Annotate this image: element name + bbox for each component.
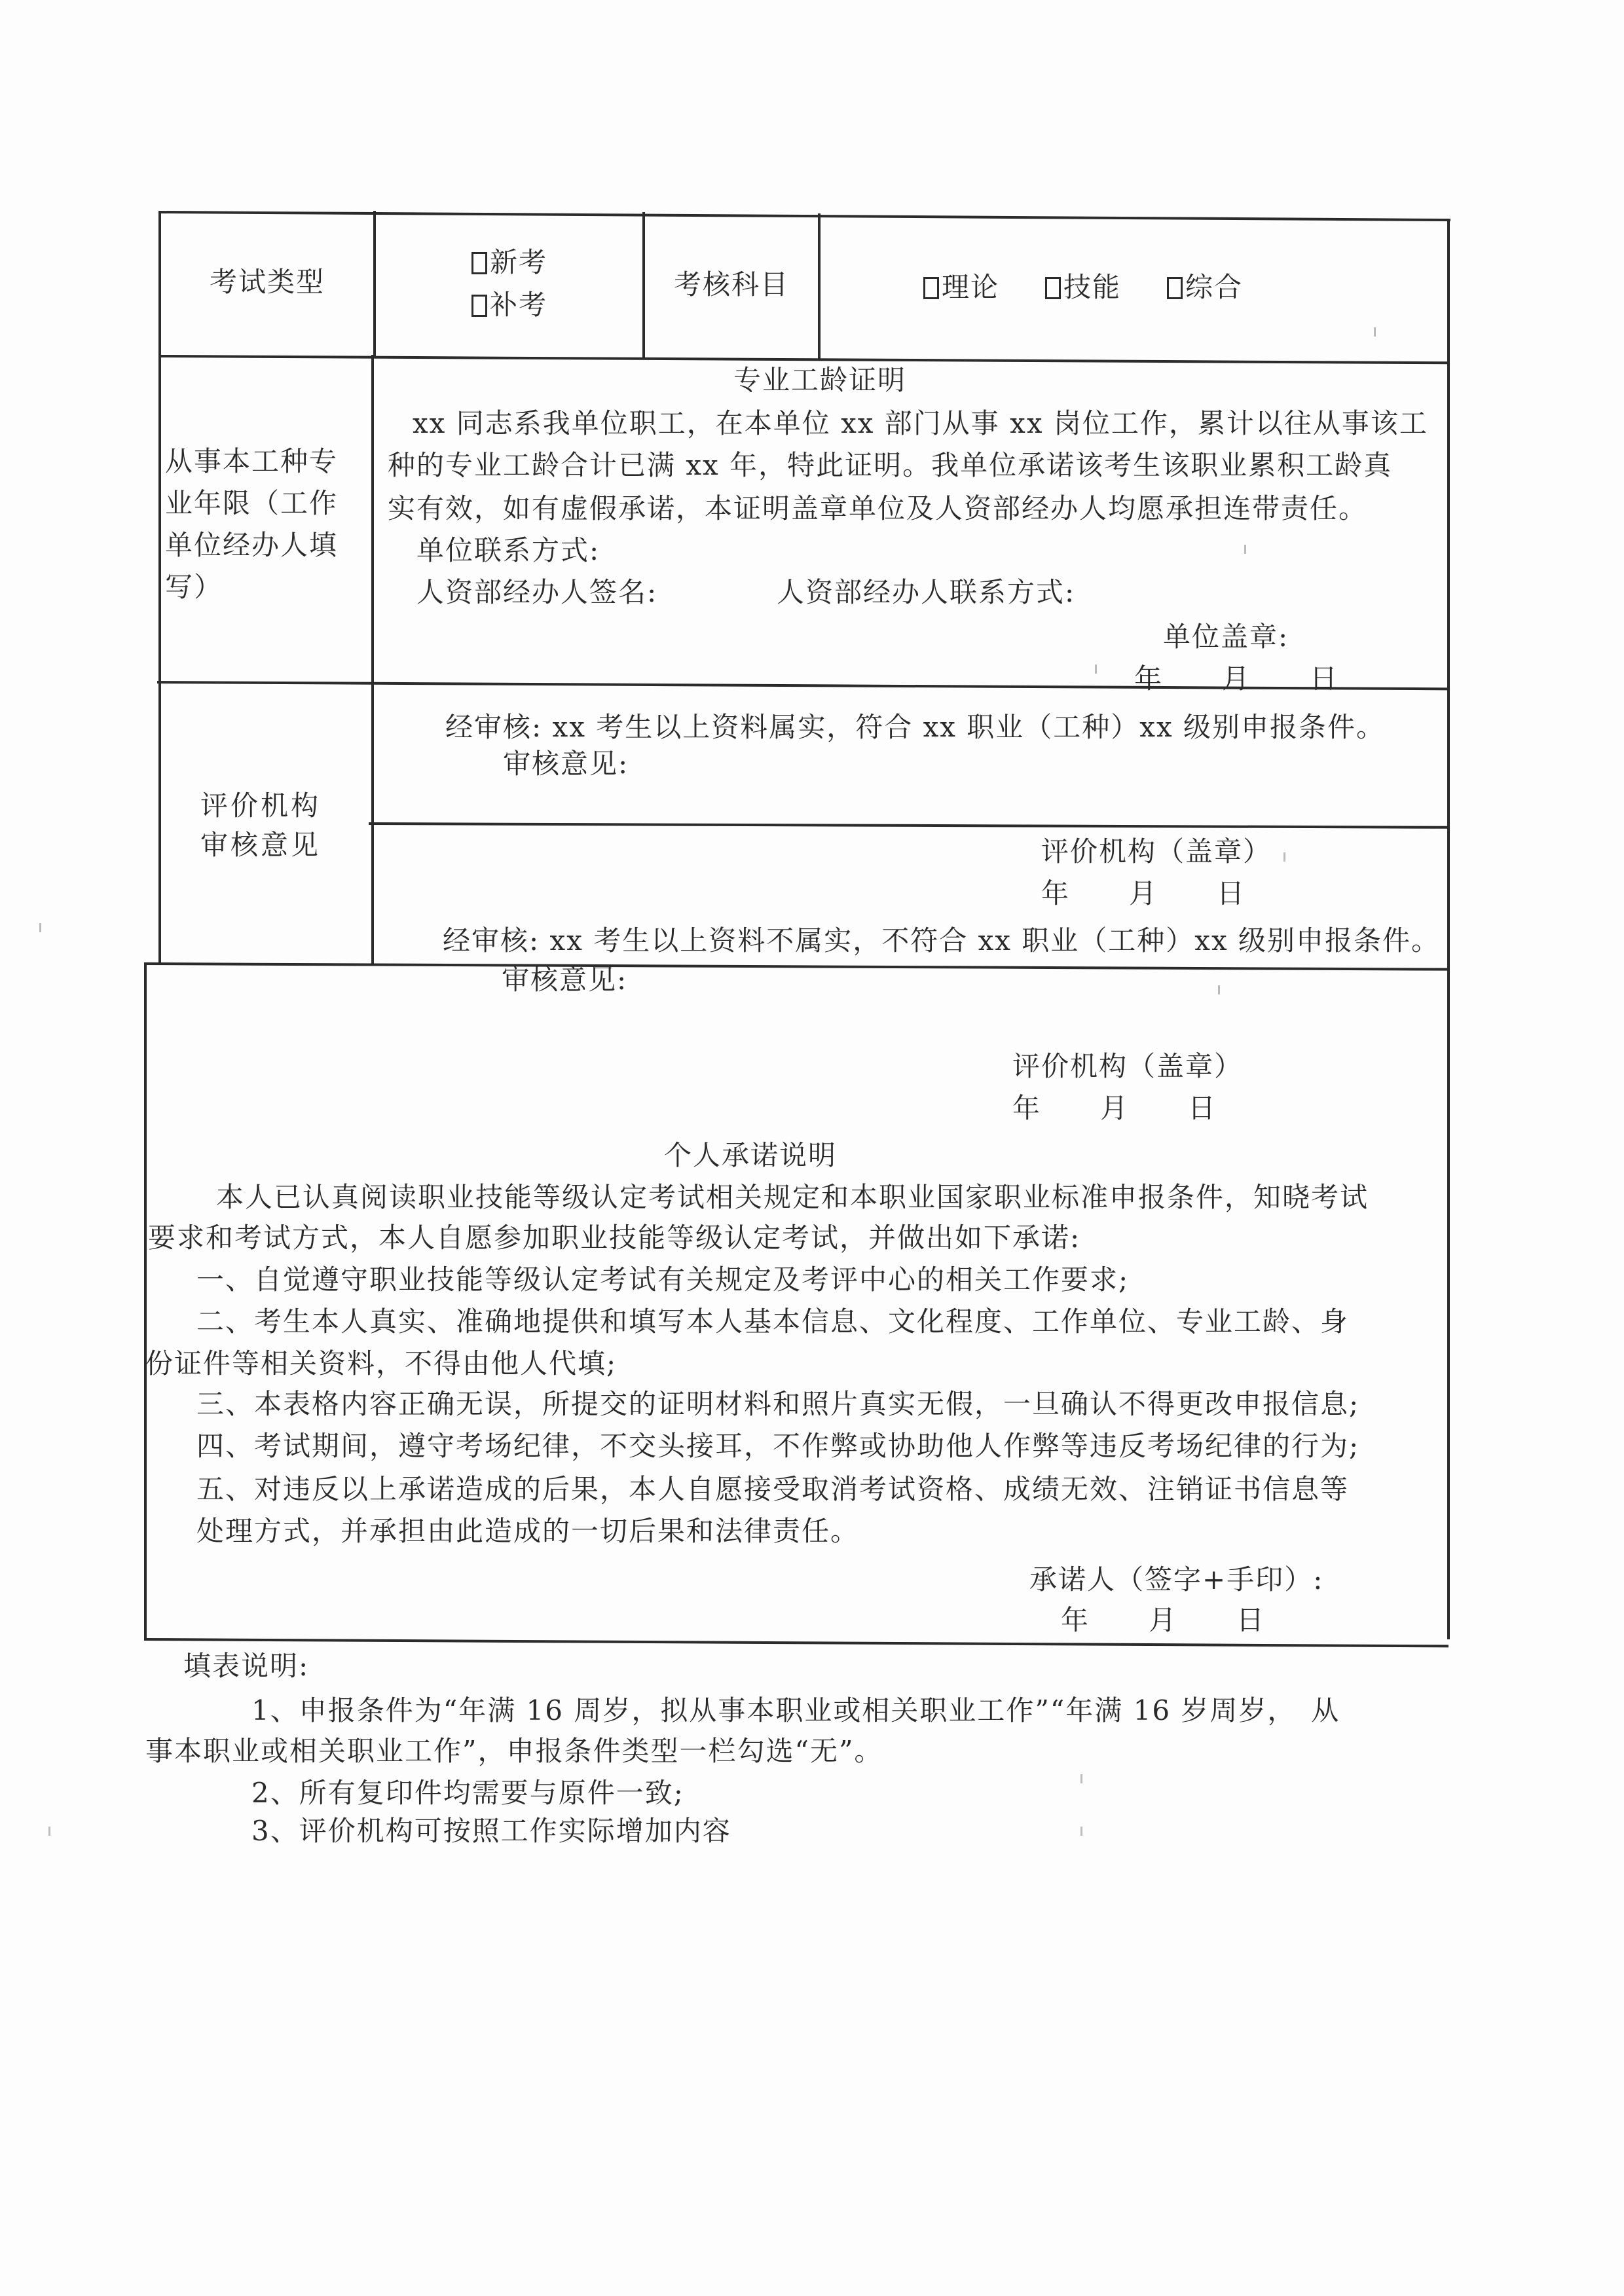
date-month: 月 [1129, 877, 1158, 909]
notes-title: 填表说明: [183, 1647, 309, 1685]
exam-type-option-retake[interactable]: 补考 [471, 286, 547, 324]
notes-line-4: 3、评价机构可按照工作实际增加内容 [251, 1812, 731, 1850]
option-label: 新考 [490, 246, 547, 278]
subject-option-theory[interactable]: 理论 [923, 268, 999, 306]
seniority-certificate-title: 专业工龄证明 [733, 361, 906, 399]
unit-contact-label: 单位联系方式: [416, 532, 600, 570]
scan-speck [1374, 327, 1376, 337]
seniority-label-line-2: 业年限（工作 [165, 484, 338, 522]
scan-speck [1080, 1827, 1082, 1836]
date-day: 日 [1188, 1092, 1217, 1124]
date-year: 年 [1061, 1604, 1090, 1636]
option-label: 理论 [942, 271, 999, 303]
date-month: 月 [1149, 1604, 1177, 1636]
exam-col-divider-3 [818, 213, 821, 359]
option-label: 技能 [1063, 271, 1121, 303]
table-bottom-border [144, 1638, 1449, 1647]
review-label-line-2: 审核意见 [200, 826, 321, 864]
date-day: 日 [1310, 663, 1338, 695]
checkbox-theory[interactable] [923, 277, 939, 299]
seniority-body-line-1: xx 同志系我单位职工，在本单位 xx 部门从事 xx 岗位工作，累计以往从事该… [413, 405, 1428, 443]
date-year: 年 [1012, 1092, 1041, 1124]
scan-speck [39, 923, 41, 932]
review-reject-opinion-label: 审核意见: [502, 961, 627, 999]
scan-speck [1244, 545, 1246, 554]
commitment-line-7: 四、考试期间，遵守考场纪律，不交头接耳，不作弊或协助他人作弊等违反考场纪律的行为… [196, 1427, 1359, 1465]
scan-speck [1283, 852, 1285, 862]
notes-line-1: 1、申报条件为“年满 16 周岁，拟从事本职业或相关职业工作”“年满 16 岁周… [251, 1692, 1340, 1730]
seniority-label-line-1: 从事本工种专 [165, 443, 338, 481]
review-approve-opinion-label: 审核意见: [503, 745, 629, 783]
review-label-line-1: 评价机构 [200, 787, 321, 825]
notes-line-3: 2、所有复印件均需要与原件一致; [251, 1774, 684, 1812]
label-col-divider [371, 355, 374, 964]
commitment-signer-label: 承诺人（签字+手印）: [1029, 1561, 1323, 1599]
commitment-date: 年月日 [1061, 1601, 1265, 1639]
review-approve-statement: 经审核: xx 考生以上资料属实，符合 xx 职业（工种）xx 级别申报条件。 [445, 708, 1385, 746]
unit-seal-label: 单位盖章: [1163, 618, 1289, 656]
date-year: 年 [1041, 877, 1070, 909]
table-left-border-lower [144, 962, 147, 1639]
subject-option-comprehensive[interactable]: 综合 [1167, 268, 1243, 306]
subject-options: 理论技能综合 [923, 268, 1289, 306]
scanned-form-page: 考试类型 新考 补考 考核科目 理论技能综合 从事本工种专 业年限（工作 单位经… [0, 0, 1624, 2296]
subject-label: 考核科目 [645, 266, 818, 304]
notes-line-2: 事本职业或相关职业工作”，申报条件类型一栏勾选“无”。 [145, 1732, 883, 1770]
checkbox-comprehensive[interactable] [1167, 277, 1183, 299]
table-top-border [160, 211, 1450, 221]
seniority-label-line-4: 写） [165, 568, 223, 606]
seniority-label-line-3: 单位经办人填 [165, 526, 338, 564]
commitment-line-3: 一、自觉遵守职业技能等级认定考试有关规定及考评中心的相关工作要求; [196, 1261, 1129, 1299]
seniority-body-line-3: 实有效，如有虚假承诺，本证明盖章单位及人资部经办人均愿承担连带责任。 [388, 490, 1367, 528]
date-month: 月 [1222, 663, 1251, 695]
date-year: 年 [1134, 663, 1163, 695]
scan-speck [48, 1827, 50, 1836]
checkbox-new-exam[interactable] [471, 252, 487, 274]
scan-speck [1218, 985, 1220, 994]
commitment-line-1: 本人已认真阅读职业技能等级认定考试相关规定和本职业国家职业标准申报条件，知晓考试 [216, 1178, 1369, 1216]
seniority-body-line-2: 种的专业工龄合计已满 xx 年，特此证明。我单位承诺该考生该职业累积工龄真 [388, 446, 1392, 484]
commitment-title: 个人承诺说明 [664, 1137, 837, 1175]
commitment-line-2: 要求和考试方式，本人自愿参加职业技能等级认定考试，并做出如下承诺: [148, 1219, 1080, 1257]
commitment-line-9: 处理方式，并承担由此造成的一切后果和法律责任。 [196, 1512, 859, 1550]
option-label: 综合 [1185, 271, 1243, 303]
commitment-line-6: 三、本表格内容正确无误，所提交的证明材料和照片真实无假，一旦确认不得更改申报信息… [196, 1385, 1359, 1423]
row-review-bottom-border [145, 962, 1449, 971]
option-label: 补考 [490, 289, 547, 321]
seniority-date: 年月日 [1134, 660, 1338, 698]
review-reject-statement: 经审核: xx 考生以上资料不属实，不符合 xx 职业（工种）xx 级别申报条件… [443, 922, 1440, 960]
checkbox-skill[interactable] [1045, 277, 1061, 299]
hr-contact-label: 人资部经办人联系方式: [777, 574, 1075, 611]
commitment-line-5: 份证件等相关资料，不得由他人代填; [145, 1345, 617, 1383]
review-reject-seal-label: 评价机构（盖章） [1012, 1048, 1243, 1085]
table-left-border [158, 211, 161, 964]
date-day: 日 [1236, 1604, 1265, 1636]
commitment-line-8: 五、对违反以上承诺造成的后果，本人自愿接受取消考试资格、成绩无效、注销证书信息等 [196, 1470, 1349, 1508]
review-split-border [369, 822, 1449, 829]
review-reject-date: 年月日 [1012, 1089, 1217, 1127]
date-day: 日 [1217, 877, 1246, 909]
review-approve-seal-label: 评价机构（盖章） [1041, 833, 1272, 871]
hr-signature-label: 人资部经办人签名: [416, 574, 657, 611]
exam-type-option-new[interactable]: 新考 [471, 244, 547, 282]
date-month: 月 [1100, 1092, 1129, 1124]
checkbox-retake-exam[interactable] [471, 295, 487, 317]
table-right-border [1447, 219, 1450, 1639]
scan-speck [1080, 1774, 1082, 1783]
commitment-line-4: 二、考生本人真实、准确地提供和填写本人基本信息、文化程度、工作单位、专业工龄、身 [196, 1303, 1349, 1341]
exam-col-divider-1 [373, 211, 376, 356]
review-approve-date: 年月日 [1041, 875, 1246, 913]
exam-type-label: 考试类型 [161, 263, 373, 301]
scan-speck [1095, 665, 1097, 674]
subject-option-skill[interactable]: 技能 [1045, 268, 1121, 306]
